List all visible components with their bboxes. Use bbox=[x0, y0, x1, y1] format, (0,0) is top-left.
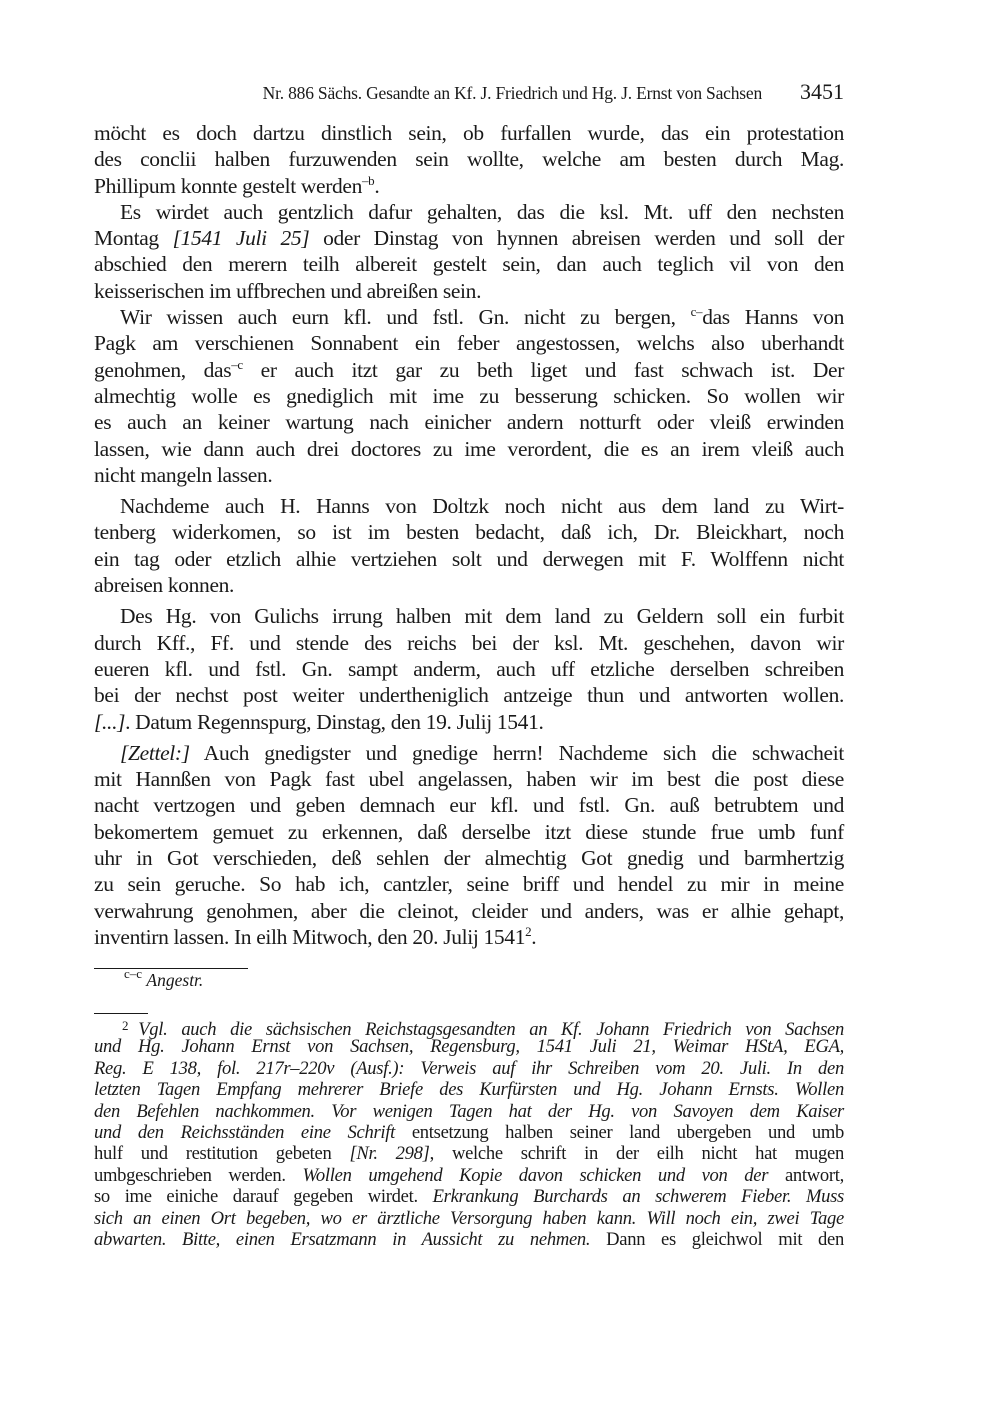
footnote-rule bbox=[94, 1013, 148, 1014]
quoted-source: antwort, bbox=[768, 1165, 844, 1186]
footnote-line: umbgeschrieben werden. Wollen umgehend K… bbox=[94, 1165, 844, 1186]
text-line: Montag [1541 Juli 25] oder Dinstag von h… bbox=[94, 225, 844, 251]
footnote-line: sich an einen Ort begeben, wo er ärztlic… bbox=[94, 1208, 844, 1229]
text-span: . bbox=[531, 925, 536, 949]
paragraph-1: möcht es doch dartzu dinstlich sein, ob … bbox=[94, 120, 844, 199]
text-line: nacht vertzogen und geben demnach eur kf… bbox=[94, 792, 844, 818]
footnote-line: den Befehlen nachkommen. Vor wenigen Tag… bbox=[94, 1101, 844, 1122]
text-line: eueren kfl. und fstl. Gn. sampt anderm, … bbox=[94, 656, 844, 682]
footnote-line: letzten Tagen Empfang mehrerer Briefe de… bbox=[94, 1079, 844, 1100]
quoted-source: hulf und restitution gebeten bbox=[94, 1143, 349, 1164]
apparatus-mark: c–c bbox=[124, 966, 142, 981]
text-line: bei der nechst post weiter underthenigli… bbox=[94, 682, 844, 708]
running-head: Nr. 886 Sächs. Gesandte an Kf. J. Friedr… bbox=[94, 80, 844, 108]
text-line: genohmen, das–c er auch itzt gar zu beth… bbox=[94, 357, 844, 383]
paragraph-2: Es wirdet auch gentzlich dafur gehalten,… bbox=[94, 199, 844, 304]
footnote-2: 2Vgl. auch die sächsischen Reichstagsges… bbox=[94, 1015, 844, 1250]
text-span: sich an einen Ort begeben, wo er ärztlic… bbox=[94, 1208, 844, 1229]
text-line: verwahrung genohmen, aber die cleinot, c… bbox=[94, 898, 844, 924]
text-span: Auch gnedigster und gnedige herrn! Nachd… bbox=[190, 741, 844, 765]
footnote-line: 2Vgl. auch die sächsischen Reichstagsges… bbox=[94, 1015, 844, 1036]
paragraph-6: [Zettel:] Auch gnedigster und gnedige he… bbox=[94, 740, 844, 950]
text-line: inventirn lassen. In eilh Mitwoch, den 2… bbox=[94, 924, 844, 950]
quoted-source: umbgeschrieben werden. bbox=[94, 1165, 302, 1186]
text-span: oder Dinstag von hynnen abreisen werden … bbox=[323, 226, 844, 250]
ellipsis: [...] bbox=[94, 710, 125, 734]
text-line: ein tag oder etzlich alhie vertziehen so… bbox=[94, 546, 844, 572]
text-span: Reg. E 138, fol. 217r–220v (Ausf.): Verw… bbox=[94, 1058, 844, 1079]
text-line: nicht mangeln lassen. bbox=[94, 462, 844, 488]
text-line: Des Hg. von Gulichs irrung halben mit de… bbox=[94, 603, 844, 629]
text-span: das Hanns von bbox=[702, 305, 844, 329]
text-span: und Hg. Johann Ernst von Sachsen, Regens… bbox=[94, 1036, 844, 1057]
footnote-line: Reg. E 138, fol. 217r–220v (Ausf.): Verw… bbox=[94, 1058, 844, 1079]
apparatus-note-mark: c–c bbox=[94, 970, 142, 990]
text-span: den Befehlen nachkommen. Vor wenigen Tag… bbox=[94, 1101, 844, 1122]
text-span: Wollen umgehend Kopie davon schicken und… bbox=[302, 1165, 768, 1186]
editorial-date: [1541 Juli 25] bbox=[173, 226, 310, 250]
running-head-title: Nr. 886 Sächs. Gesandte an Kf. J. Friedr… bbox=[263, 83, 762, 104]
footnote-line: und den Reichsständen eine Schrift entse… bbox=[94, 1122, 844, 1143]
cross-reference: [Nr. 298] bbox=[349, 1143, 429, 1164]
apparatus-rule bbox=[94, 968, 248, 969]
text-span: . bbox=[374, 174, 379, 198]
quoted-source: so ime einiche darauf gegeben wirdet. bbox=[94, 1186, 433, 1207]
footnote-number: 2 bbox=[122, 1018, 128, 1033]
text-line: keisserischen im uffbrechen und abreißen… bbox=[94, 278, 844, 304]
text-line: durch Kff., Ff. und stende des reichs be… bbox=[94, 630, 844, 656]
apparatus-note-text: Angestr. bbox=[146, 970, 203, 990]
quoted-source: entsetzung halben seiner land ubergeben … bbox=[395, 1122, 844, 1143]
text-span: abwarten. Bitte, einen Ersatzmann in Aus… bbox=[94, 1229, 590, 1250]
text-span: Erkrankung Burchards an schwerem Fieber.… bbox=[433, 1186, 844, 1207]
apparatus-mark: –c bbox=[231, 357, 243, 372]
apparatus-mark: –b bbox=[362, 173, 374, 188]
dateline: . Datum Regennspurg, Dinstag, den 19. Ju… bbox=[125, 710, 543, 734]
text-line: Nachdeme auch H. Hanns von Doltzk noch n… bbox=[94, 493, 844, 519]
apparatus-note: c–c Angestr. bbox=[94, 970, 844, 991]
footnote-line: und Hg. Johann Ernst von Sachsen, Regens… bbox=[94, 1036, 844, 1057]
text-span: er auch itzt gar zu beth liget und fast … bbox=[243, 358, 844, 382]
text-line: Pagk am verschienen Sonnabent ein feber … bbox=[94, 330, 844, 356]
quoted-source: , welche schrift in der eilh nicht hat m… bbox=[430, 1143, 844, 1164]
text-line: uhr in Got verschieden, deß sehlen der a… bbox=[94, 845, 844, 871]
text-span: inventirn lassen. In eilh Mitwoch, den 2… bbox=[94, 925, 525, 949]
text-line: zu sein geruche. So hab ich, cantzler, s… bbox=[94, 871, 844, 897]
text-line: mit Hannßen von Pagk fast ubel angelasse… bbox=[94, 766, 844, 792]
quoted-source: Dann es gleichwol mit den bbox=[590, 1229, 844, 1250]
text-line: almechtig wolle es gnediglich mit ime zu… bbox=[94, 383, 844, 409]
text-line: Es wirdet auch gentzlich dafur gehalten,… bbox=[94, 199, 844, 225]
footnote-line: so ime einiche darauf gegeben wirdet. Er… bbox=[94, 1186, 844, 1207]
text-line: lassen, wie dann auch drei doctores zu i… bbox=[94, 436, 844, 462]
text-line: [Zettel:] Auch gnedigster und gnedige he… bbox=[94, 740, 844, 766]
text-line: abreisen konnen. bbox=[94, 572, 844, 598]
text-line: es auch an keiner wartung nach einicher … bbox=[94, 409, 844, 435]
footnote-line: hulf und restitution gebeten [Nr. 298], … bbox=[94, 1143, 844, 1164]
apparatus-mark: c– bbox=[691, 304, 703, 319]
footnote-line: abwarten. Bitte, einen Ersatzmann in Aus… bbox=[94, 1229, 844, 1250]
document-page: Nr. 886 Sächs. Gesandte an Kf. J. Friedr… bbox=[0, 0, 1004, 1418]
text-line: bekomertem gemuet zu erkennen, daß derse… bbox=[94, 819, 844, 845]
text-line: tenberg widerkomen, so ist im besten bed… bbox=[94, 519, 844, 545]
text-line: möcht es doch dartzu dinstlich sein, ob … bbox=[94, 120, 844, 146]
text-line: abschied den merern teilh albereit geste… bbox=[94, 251, 844, 277]
paragraph-5: Des Hg. von Gulichs irrung halben mit de… bbox=[94, 603, 844, 734]
text-line: des conclii halben furzuwenden sein woll… bbox=[94, 146, 844, 172]
text-span: und den Reichsständen eine Schrift bbox=[94, 1122, 395, 1143]
paragraph-3: Wir wissen auch eurn kfl. und fstl. Gn. … bbox=[94, 304, 844, 488]
text-line: [...]. Datum Regennspurg, Dinstag, den 1… bbox=[94, 709, 844, 735]
paragraph-4: Nachdeme auch H. Hanns von Doltzk noch n… bbox=[94, 493, 844, 598]
text-line: Phillipum konnte gestelt werden–b. bbox=[94, 173, 844, 199]
text-span: letzten Tagen Empfang mehrerer Briefe de… bbox=[94, 1079, 844, 1100]
text-span: Wir wissen auch eurn kfl. und fstl. Gn. … bbox=[120, 305, 691, 329]
text-span: Phillipum konnte gestelt werden bbox=[94, 174, 362, 198]
zettel-label: [Zettel:] bbox=[120, 741, 190, 765]
text-span: genohmen, das bbox=[94, 358, 231, 382]
text-line: Wir wissen auch eurn kfl. und fstl. Gn. … bbox=[94, 304, 844, 330]
page-number: 3451 bbox=[800, 79, 844, 105]
body-text: möcht es doch dartzu dinstlich sein, ob … bbox=[94, 120, 844, 950]
text-span: Montag bbox=[94, 226, 159, 250]
